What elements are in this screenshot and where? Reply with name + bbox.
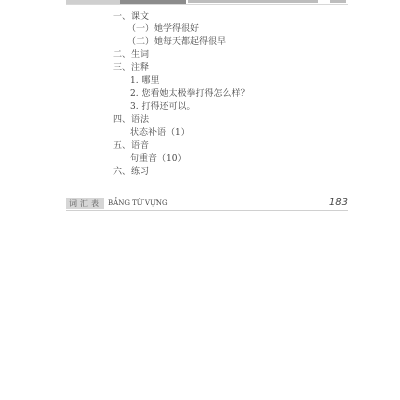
vocabulary-header: 词汇表 BẢNG TỪ VỰNG 183 bbox=[66, 198, 348, 209]
toc-item: 状态补语（1） bbox=[130, 128, 190, 139]
toc-item: 一、课文 bbox=[113, 12, 149, 23]
page-number: 183 bbox=[329, 197, 348, 209]
toc-item: 五、语音 bbox=[113, 141, 149, 152]
toc-item: 1. 哪里 bbox=[130, 76, 159, 87]
toc-item: 二、生词 bbox=[113, 50, 149, 61]
header-page-number bbox=[330, 0, 346, 3]
toc-item: 2. 您看她太极拳打得怎么样？ bbox=[130, 89, 249, 100]
toc-item: （二）她每天都起得很早 bbox=[127, 37, 226, 48]
vocabulary-label: 词汇表 bbox=[69, 198, 102, 209]
toc-item: 3. 打得还可以。 bbox=[130, 102, 195, 113]
toc-item: 四、语法 bbox=[113, 115, 149, 126]
vocabulary-title: BẢNG TỪ VỰNG bbox=[108, 198, 168, 209]
toc-item: 三、注释 bbox=[113, 63, 149, 74]
vocabulary-label-box: 词汇表 bbox=[66, 198, 104, 209]
toc-item: 六、练习 bbox=[113, 167, 149, 178]
header-subtitle bbox=[188, 0, 318, 3]
header-rule bbox=[66, 4, 348, 5]
toc-item: 句重音（10） bbox=[130, 154, 186, 165]
vocabulary-rule bbox=[66, 210, 348, 211]
toc-item: （一）她学得很好 bbox=[127, 24, 199, 35]
